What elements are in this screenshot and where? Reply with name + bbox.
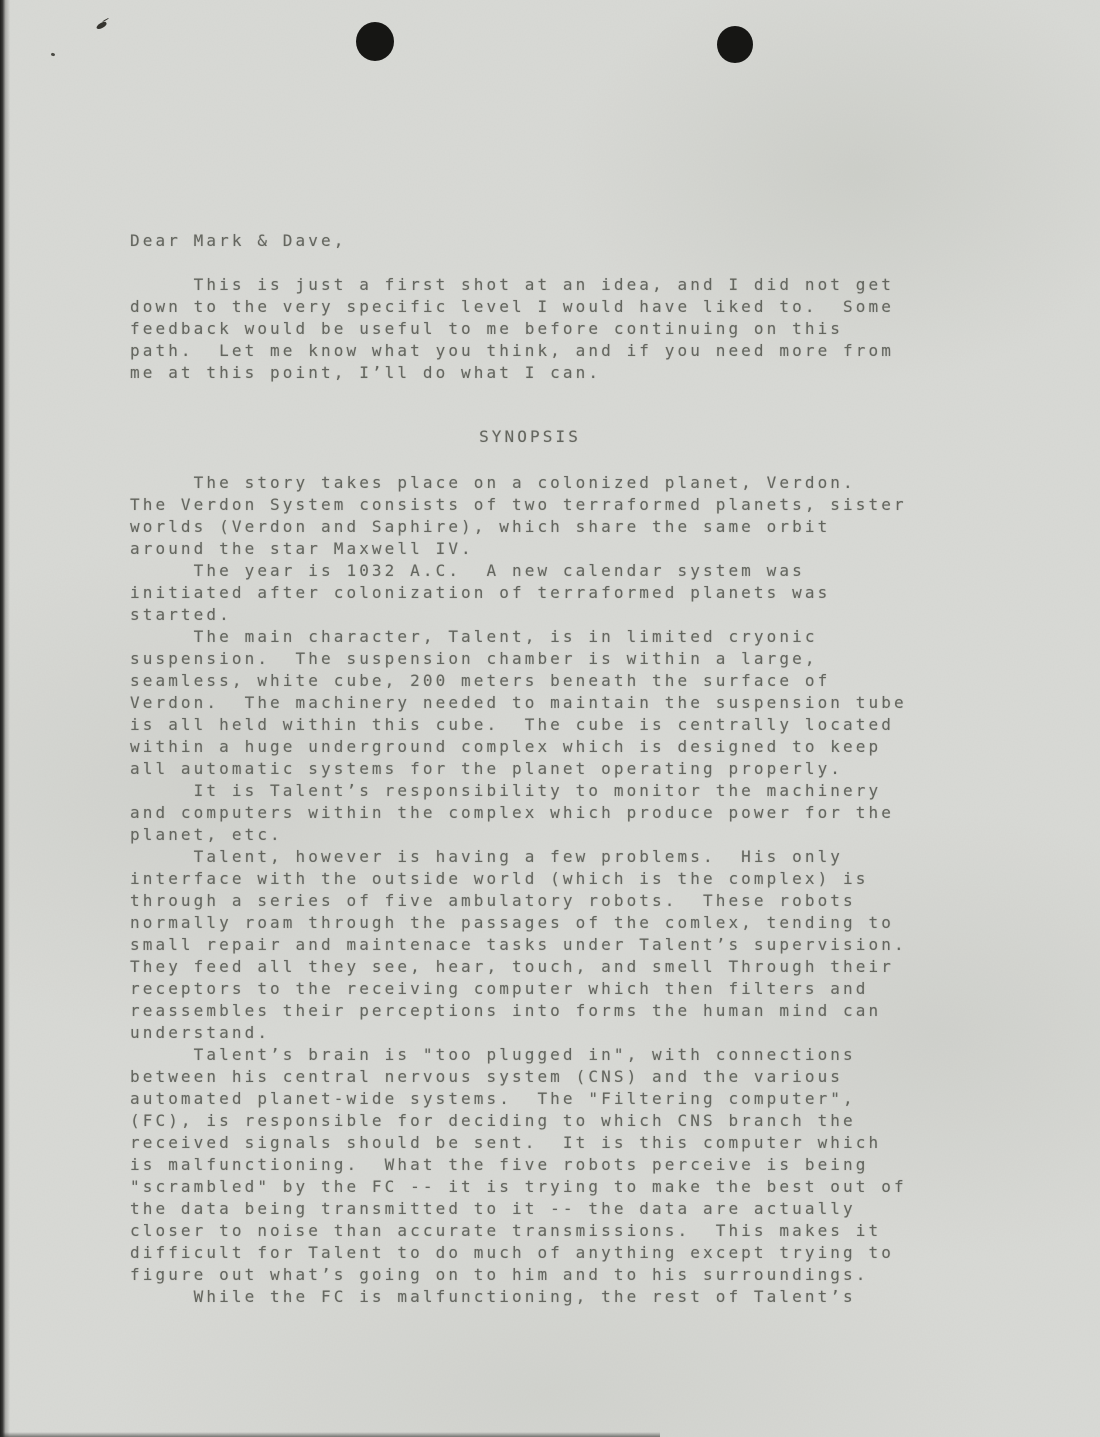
text-line: started.: [130, 604, 930, 626]
text-line: (FC), is responsible for deciding to whi…: [130, 1110, 930, 1132]
text-line: and computers within the complex which p…: [130, 802, 930, 824]
text-line: within a huge underground complex which …: [130, 736, 930, 758]
letter-body: This is just a first shot at an idea, an…: [130, 274, 930, 384]
text-line: normally roam through the passages of th…: [130, 912, 930, 934]
hole-punch-left: [356, 22, 394, 61]
text-line: path. Let me know what you think, and if…: [130, 340, 930, 362]
text-line: seamless, white cube, 200 meters beneath…: [130, 670, 930, 692]
text-line: the data being transmitted to it -- the …: [130, 1198, 930, 1220]
text-line: The Verdon System consists of two terraf…: [130, 494, 930, 516]
synopsis-heading: SYNOPSIS: [130, 426, 930, 448]
typewritten-text: Dear Mark & Dave, This is just a first s…: [130, 230, 930, 1308]
scan-bottom-shadow: [0, 1432, 660, 1437]
text-line: The year is 1032 A.C. A new calendar sys…: [130, 560, 930, 582]
text-line: Talent’s brain is "too plugged in", with…: [130, 1044, 930, 1066]
text-line: all automatic systems for the planet ope…: [130, 758, 930, 780]
scanned-letter-page: Dear Mark & Dave, This is just a first s…: [0, 0, 1100, 1437]
text-line: suspension. The suspension chamber is wi…: [130, 648, 930, 670]
text-line: down to the very specific level I would …: [130, 296, 930, 318]
text-line: reassembles their perceptions into forms…: [130, 1000, 930, 1022]
text-line: difficult for Talent to do much of anyth…: [130, 1242, 930, 1264]
text-line: interface with the outside world (which …: [130, 868, 930, 890]
hole-punch-right: [717, 26, 753, 63]
text-line: This is just a first shot at an idea, an…: [130, 274, 930, 296]
text-line: Talent, however is having a few problems…: [130, 846, 930, 868]
text-line: figure out what’s going on to him and to…: [130, 1264, 930, 1286]
text-line: "scrambled" by the FC -- it is trying to…: [130, 1176, 930, 1198]
ink-speck: [51, 52, 56, 56]
text-line: The main character, Talent, is in limite…: [130, 626, 930, 648]
text-line: initiated after colonization of terrafor…: [130, 582, 930, 604]
text-line: While the FC is malfunctioning, the rest…: [130, 1286, 930, 1308]
text-line: between his central nervous system (CNS)…: [130, 1066, 930, 1088]
ink-speck: [95, 21, 107, 31]
text-line: understand.: [130, 1022, 930, 1044]
text-line: receptors to the receiving computer whic…: [130, 978, 930, 1000]
text-line: small repair and maintenace tasks under …: [130, 934, 930, 956]
text-line: around the star Maxwell IV.: [130, 538, 930, 560]
text-line: feedback would be useful to me before co…: [130, 318, 930, 340]
synopsis-body: The story takes place on a colonized pla…: [130, 472, 930, 1308]
text-line: me at this point, I’ll do what I can.: [130, 362, 930, 384]
text-line: It is Talent’s responsibility to monitor…: [130, 780, 930, 802]
text-line: received signals should be sent. It is t…: [130, 1132, 930, 1154]
text-line: Verdon. The machinery needed to maintain…: [130, 692, 930, 714]
text-line: automated planet-wide systems. The "Filt…: [130, 1088, 930, 1110]
text-line: is malfunctioning. What the five robots …: [130, 1154, 930, 1176]
text-line: through a series of five ambulatory robo…: [130, 890, 930, 912]
scan-edge-shadow: [0, 0, 10, 1437]
text-line: is all held within this cube. The cube i…: [130, 714, 930, 736]
text-line: planet, etc.: [130, 824, 930, 846]
text-line: closer to noise than accurate transmissi…: [130, 1220, 930, 1242]
text-line: worlds (Verdon and Saphire), which share…: [130, 516, 930, 538]
text-line: The story takes place on a colonized pla…: [130, 472, 930, 494]
text-line: They feed all they see, hear, touch, and…: [130, 956, 930, 978]
letter-salutation: Dear Mark & Dave,: [130, 230, 930, 252]
